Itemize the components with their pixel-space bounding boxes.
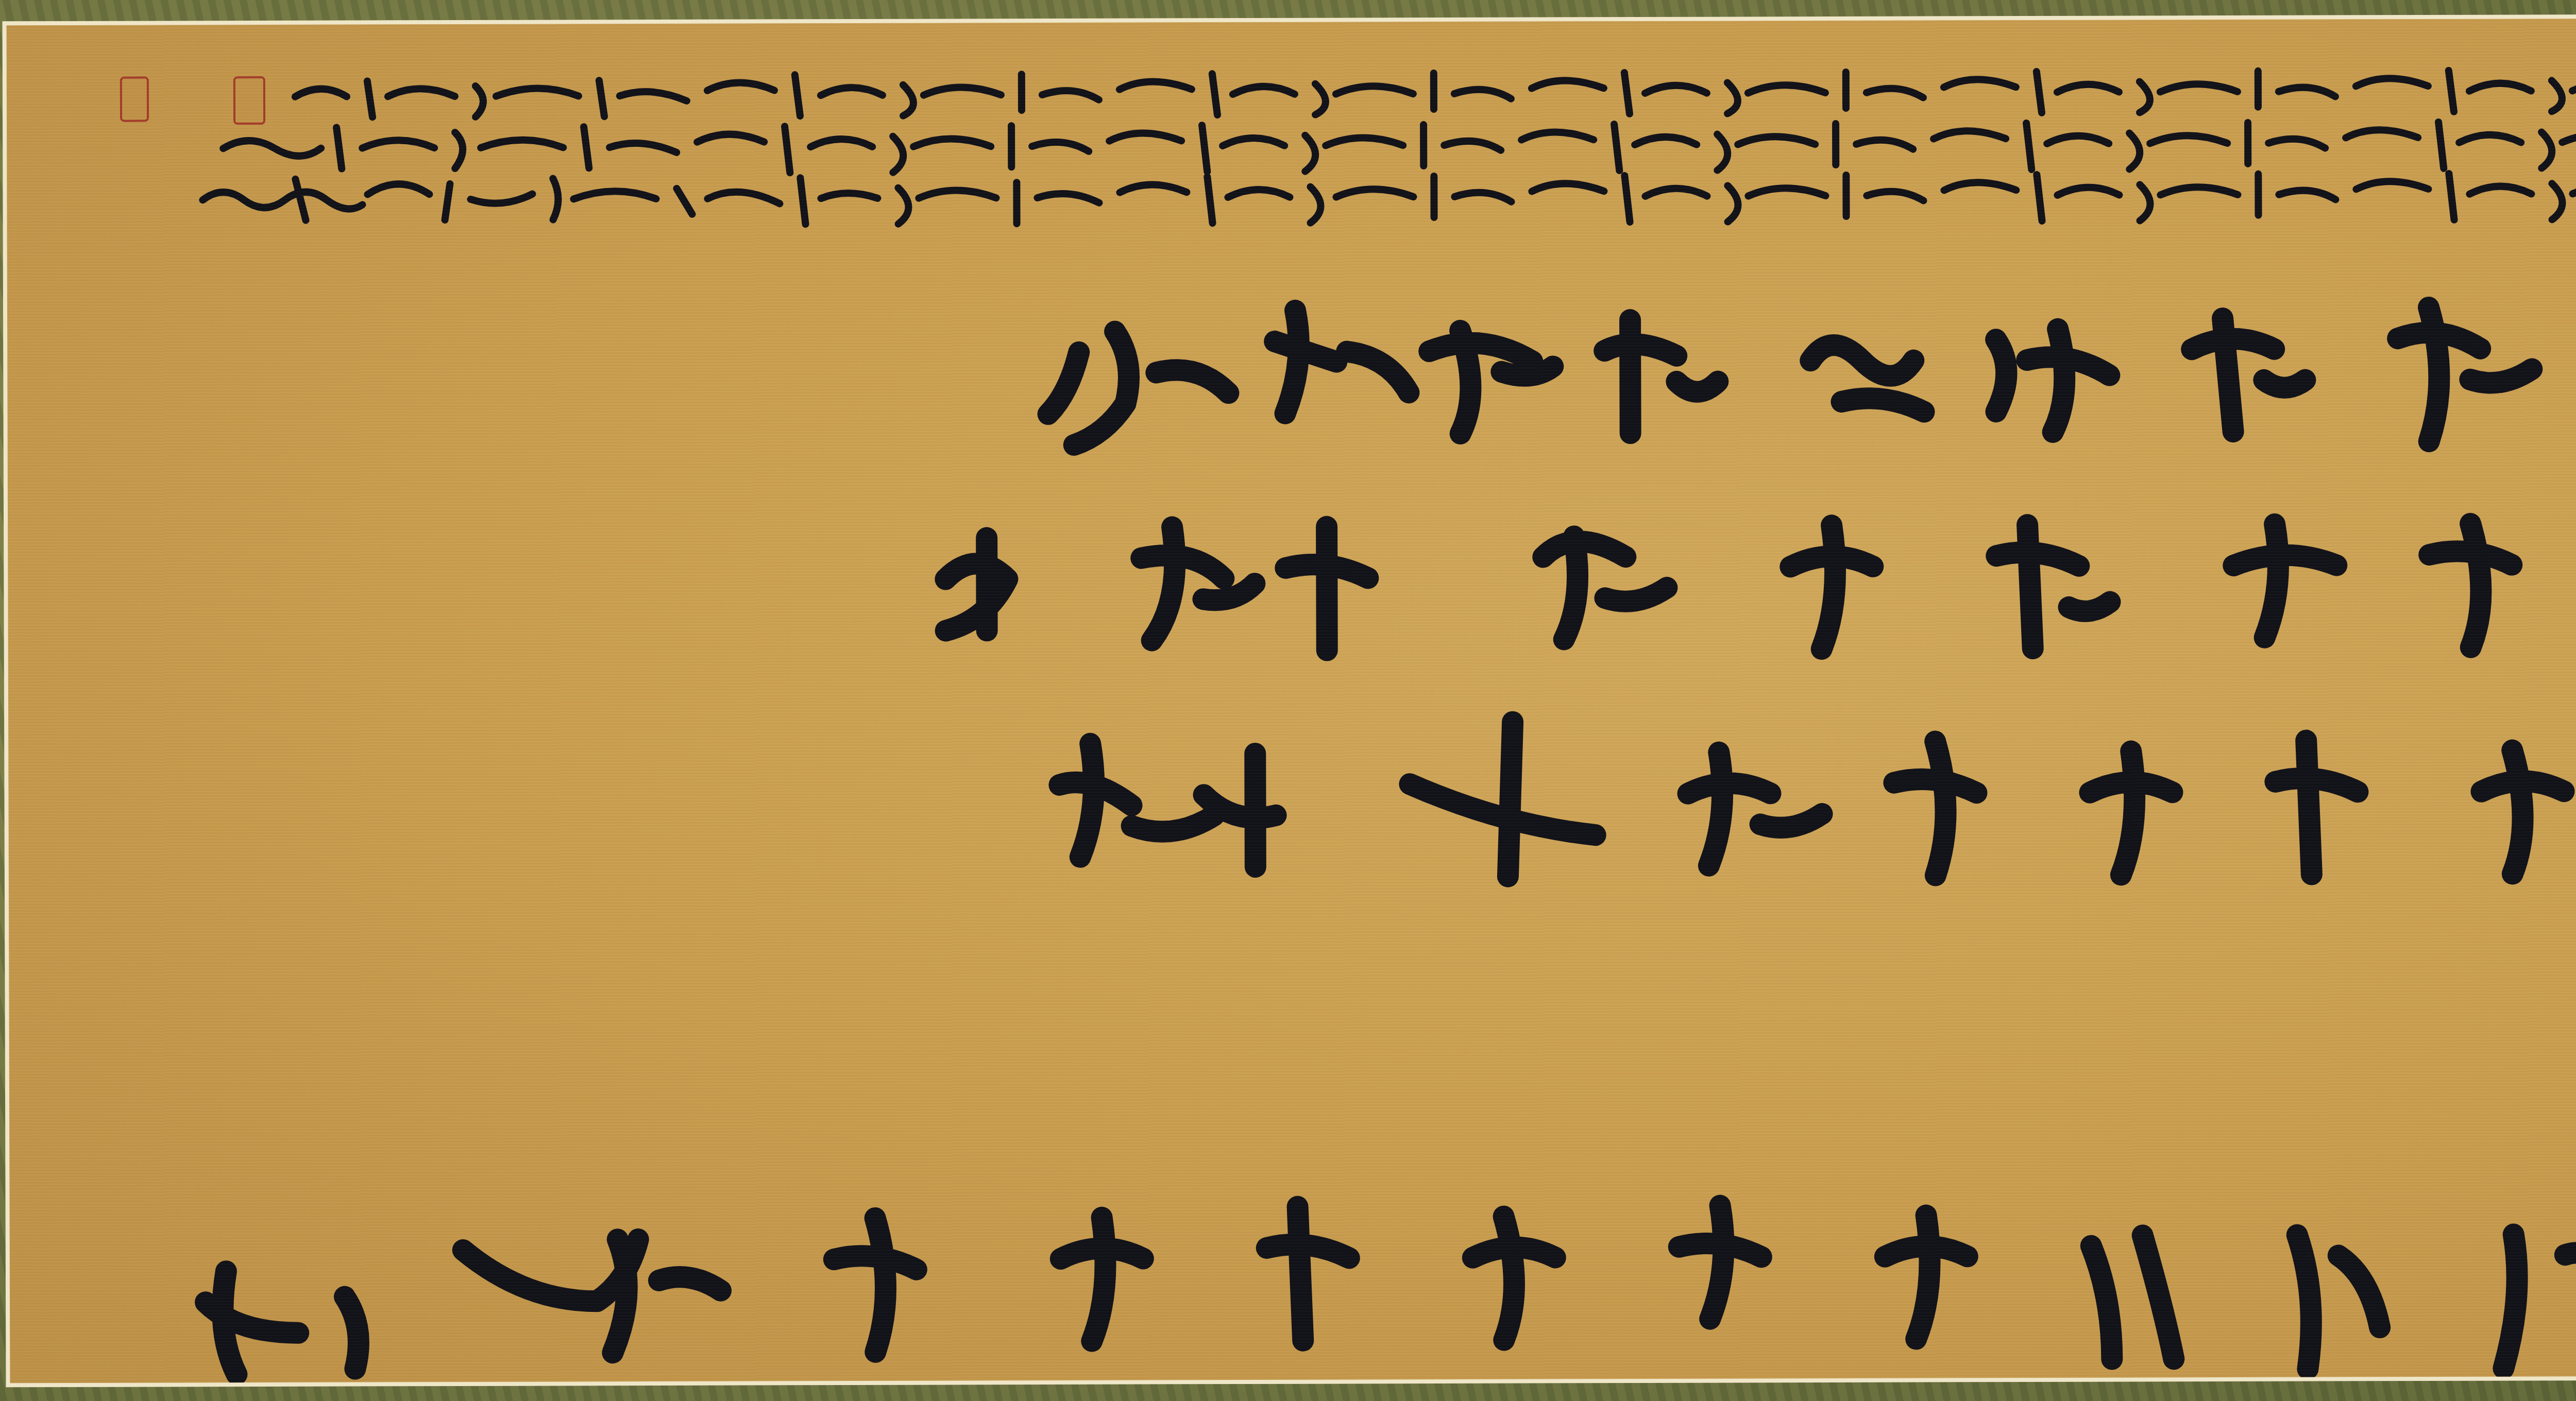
- seal-stamp-top-1: [233, 76, 265, 125]
- seal-stamp-top-2: [120, 77, 149, 122]
- main-text-row-4: [206, 1203, 2576, 1374]
- inscription-text: [202, 70, 2576, 226]
- main-text-row-3: [1059, 719, 2576, 878]
- main-text-row-2: [945, 523, 2576, 651]
- calligraphy-paper: [7, 18, 2576, 1383]
- calligraphy-ink-strokes: [7, 18, 2576, 1383]
- main-text-row-1: [1048, 306, 2576, 445]
